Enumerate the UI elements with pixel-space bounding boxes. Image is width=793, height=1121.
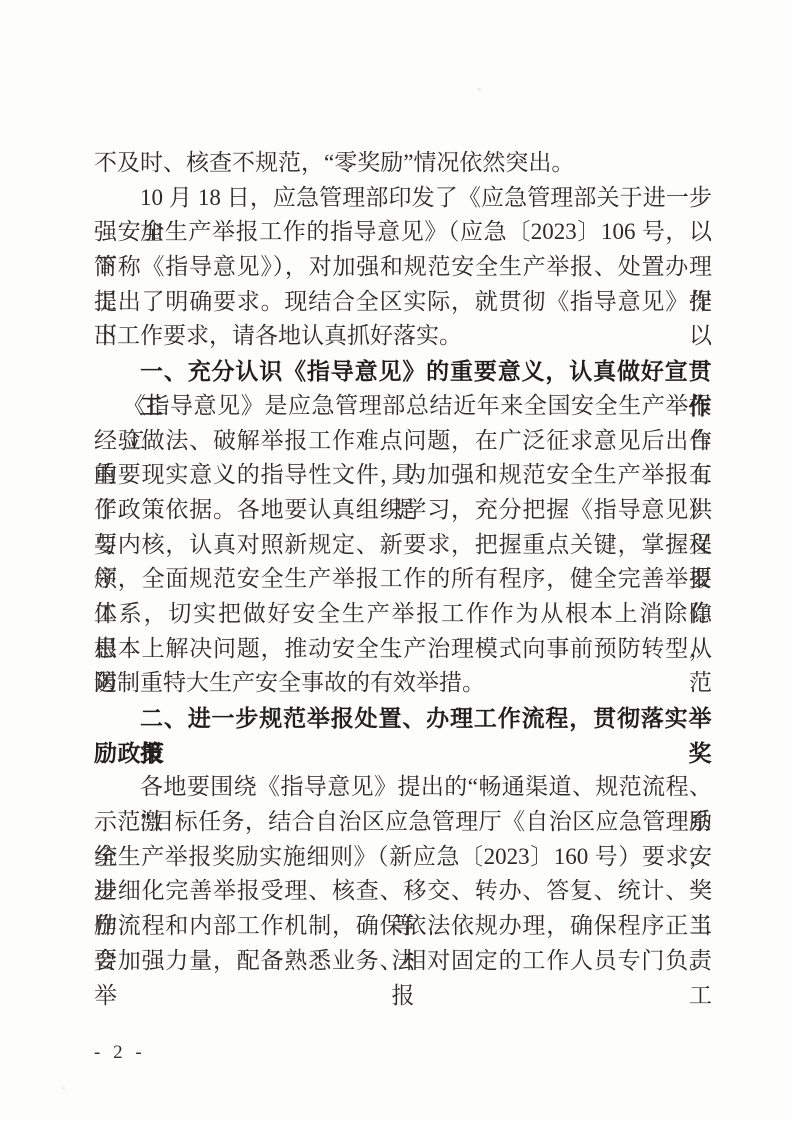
scan-speckle	[62, 1087, 65, 1090]
text-line: 了政策依据。各地要认真组织学习，充分把握《指导意见》要义	[94, 493, 712, 528]
text-line: 领，全面规范安全生产举报工作的所有程序，健全完善举报工作	[94, 562, 712, 597]
text-line: 重要现实意义的指导性文件，为加强和规范安全生产举报工作提供	[94, 458, 712, 493]
text-line: 强安全生产举报工作的指导意见》（应急〔2023〕106 号，以下	[94, 215, 712, 250]
scan-speckle	[478, 88, 481, 91]
text-line: 全生产举报奖励实施细则》（新应急〔2023〕160 号）要求，进一	[94, 840, 712, 875]
text-line: 体系，切实把做好安全生产举报工作作为从根本上消除隐患、从	[94, 597, 712, 632]
scanned-document-page: 不及时、核查不规范，“零奖励”情况依然突出。10 月 18 日，应急管理部印发了…	[0, 0, 793, 1121]
document-body: 不及时、核查不规范，“零奖励”情况依然突出。10 月 18 日，应急管理部印发了…	[94, 146, 712, 979]
text-line: 要加强力量，配备熟悉业务、相对固定的工作人员专门负责举报工	[94, 944, 712, 979]
text-line: 经验做法、破解举报工作难点问题，在广泛征求意见后出台的具有	[94, 424, 712, 459]
heading-line: 二、进一步规范举报处置、办理工作流程，贯彻落实举报奖	[94, 701, 712, 736]
text-line: 简称《指导意见》），对加强和规范安全生产举报、处置办理工作	[94, 250, 712, 285]
text-line: 与内核，认真对照新规定、新要求，把握重点关键，掌握程序要	[94, 528, 712, 563]
text-line: 不及时、核查不规范，“零奖励”情况依然突出。	[94, 146, 712, 181]
text-line: 各地要围绕《指导意见》提出的“畅通渠道、规范流程、激励	[94, 770, 712, 805]
text-line: 提出了明确要求。现结合全区实际，就贯彻《指导意见》提出以	[94, 285, 712, 320]
text-line: 步细化完善举报受理、核查、移交、转办、答复、统计、奖励等工	[94, 874, 712, 909]
page-number: - 2 -	[94, 1042, 146, 1064]
text-line: 作流程和内部工作机制，确保依法依规办理，确保程序正当合法。	[94, 909, 712, 944]
text-line: 示范”目标任务，结合自治区应急管理厅《自治区应急管理系统安	[94, 805, 712, 840]
heading-line: 一、充分认识《指导意见》的重要意义，认真做好宣贯工作	[94, 354, 712, 389]
text-line: 10 月 18 日，应急管理部印发了《应急管理部关于进一步加	[94, 181, 712, 216]
text-line: 《指导意见》是应急管理部总结近年来全国安全生产举报工作	[94, 389, 712, 424]
text-line: 根本上解决问题，推动安全生产治理模式向事前预防转型，防范	[94, 632, 712, 667]
